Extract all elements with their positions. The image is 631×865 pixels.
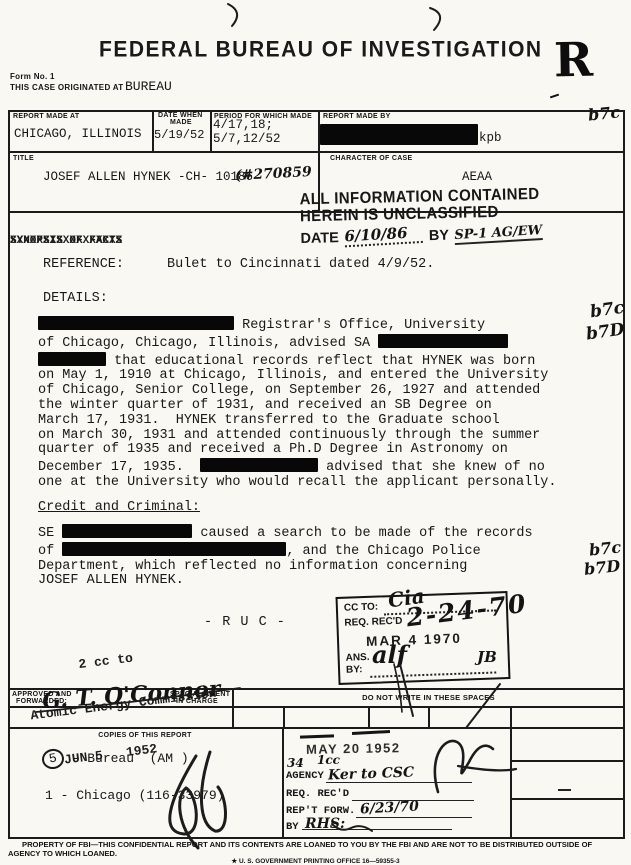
pen-mark	[430, 8, 440, 30]
border-line	[428, 706, 430, 727]
border-line	[8, 151, 625, 153]
unclassified-stamp: ALL INFORMATION CONTAINED HEREIN IS UNCL…	[299, 186, 568, 247]
case-originated-value: BUREAU	[125, 79, 172, 94]
border-line	[8, 110, 625, 112]
special-agent-label-2: IN CHARGE	[176, 698, 218, 705]
credit-heading: Credit and Criminal:	[38, 501, 200, 516]
dash-mark	[558, 789, 571, 791]
details-heading: DETAILS:	[43, 292, 108, 307]
synopsis-crossed-out: SYNOPSIS OF FACTS XXXXXXXXXXXXXXXXX	[10, 235, 122, 247]
border-line	[8, 837, 625, 839]
ruc-text: - R U C -	[204, 616, 286, 631]
circled-copy-count: 5	[40, 747, 65, 770]
cc-to-label: CC TO:	[344, 602, 379, 614]
period-value-2: 5/7,12/52	[213, 132, 281, 146]
redaction-bar	[62, 542, 286, 556]
ans-by-handwritten: alf	[372, 640, 407, 669]
character-of-case-value: AEAA	[462, 170, 492, 184]
case-title: JOSEF ALLEN HYNEK -CH- 10186	[43, 170, 253, 184]
agency-line	[326, 768, 472, 783]
copies-of-report-label: COPIES OF THIS REPORT	[8, 732, 282, 739]
stamp-date-handwritten: 6/10/86	[344, 223, 423, 247]
exemption-note: b7D	[585, 319, 626, 344]
copies-line-2: 1 - Chicago (116-33979)	[45, 788, 224, 803]
by-bottom-label: BY	[286, 821, 299, 833]
routing-r-stamp: R	[554, 33, 594, 89]
border-line	[283, 706, 285, 727]
border-line	[510, 798, 625, 800]
synopsis-overstrike: XXXXXXXXXXXXXXXXX	[10, 235, 122, 247]
req-recd-label: REQ. REC'D	[344, 616, 402, 629]
copies-line-1: 5 - Bureau (AM )	[42, 749, 189, 769]
footer-gpo-line: ★ U. S. GOVERNMENT PRINTING OFFICE 16—59…	[0, 857, 631, 865]
stamp-date-label: DATE	[300, 230, 339, 247]
stamp-by-handwritten: SP-1 AG/EW	[454, 223, 543, 245]
pen-mark	[550, 94, 559, 99]
fbi-report-page: FEDERAL BUREAU OF INVESTIGATION R Form N…	[0, 0, 631, 865]
character-of-case-label: CHARACTER OF CASE	[330, 155, 413, 162]
by-line	[302, 815, 452, 830]
aec-stamp-line1: 2 cc to	[78, 641, 212, 672]
ans-by-label: BY:	[346, 664, 363, 676]
exemption-note: b7c	[587, 102, 621, 124]
reference-value: Bulet to Cincinnati dated 4/9/52.	[167, 258, 434, 273]
req-recd-bottom-label: REQ. REC'D	[286, 788, 349, 800]
ans-label: ANS.	[345, 652, 369, 664]
reviewer-initials-handwritten: JB	[477, 648, 497, 666]
redaction-bar	[200, 458, 318, 472]
stamp-by-label: BY	[429, 228, 450, 244]
title-label: TITLE	[13, 155, 34, 162]
pen-dash	[300, 734, 334, 738]
redaction-bar	[38, 316, 234, 330]
details-paragraph: Registrar's Office, Universityof Chicago…	[38, 316, 556, 491]
border-line	[8, 727, 625, 729]
scrawl-middle	[435, 741, 493, 792]
report-made-at-value: CHICAGO, ILLINOIS	[14, 127, 142, 141]
border-line	[510, 760, 625, 762]
exemption-note: b7c	[589, 298, 626, 323]
agency-label: AGENCY	[286, 770, 324, 782]
border-line	[510, 706, 512, 838]
period-value-1: 4/17,18;	[213, 118, 273, 132]
date-when-made-value: 5/19/52	[154, 128, 204, 142]
note-1cc-handwritten: 1cc	[317, 753, 340, 767]
border-line	[210, 110, 212, 151]
redaction-report-made-by	[320, 124, 478, 145]
footer-property-line1: PROPERTY OF FBI—THIS CONFIDENTIAL REPORT…	[8, 840, 624, 849]
date-when-made-label2: MADE	[170, 119, 192, 126]
pen-dash	[352, 730, 390, 735]
page-title: FEDERAL BUREAU OF INVESTIGATION	[99, 37, 543, 62]
case-originated-label: THIS CASE ORIGINATED AT	[10, 83, 123, 92]
date-when-made-label: DATE WHEN	[158, 112, 203, 119]
redaction-bar	[378, 334, 508, 348]
pen-mark	[228, 4, 237, 26]
case-number-handwritten: (#270859	[235, 164, 313, 184]
form-number-label: Form No. 1	[10, 72, 55, 81]
reference-label: REFERENCE:	[43, 258, 124, 273]
typist-initials: kpb	[479, 131, 502, 145]
copies-line-1-text: - Bureau (AM )	[64, 751, 189, 766]
note-34-handwritten: 34	[287, 756, 304, 770]
redaction-bar	[62, 524, 192, 538]
border-line	[282, 727, 284, 838]
border-line	[368, 706, 370, 727]
credit-paragraph: SE caused a search to be made of the rec…	[38, 524, 533, 589]
special-agent-label-1: SPECIAL AGENT	[170, 691, 230, 698]
exemption-note: b7D	[583, 556, 621, 579]
report-made-by-label: REPORT MADE BY	[323, 113, 391, 120]
redaction-bar	[38, 352, 106, 366]
do-not-write-label: DO NOT WRITE IN THESE SPACES	[232, 693, 625, 702]
report-made-at-label: REPORT MADE AT	[13, 113, 79, 120]
